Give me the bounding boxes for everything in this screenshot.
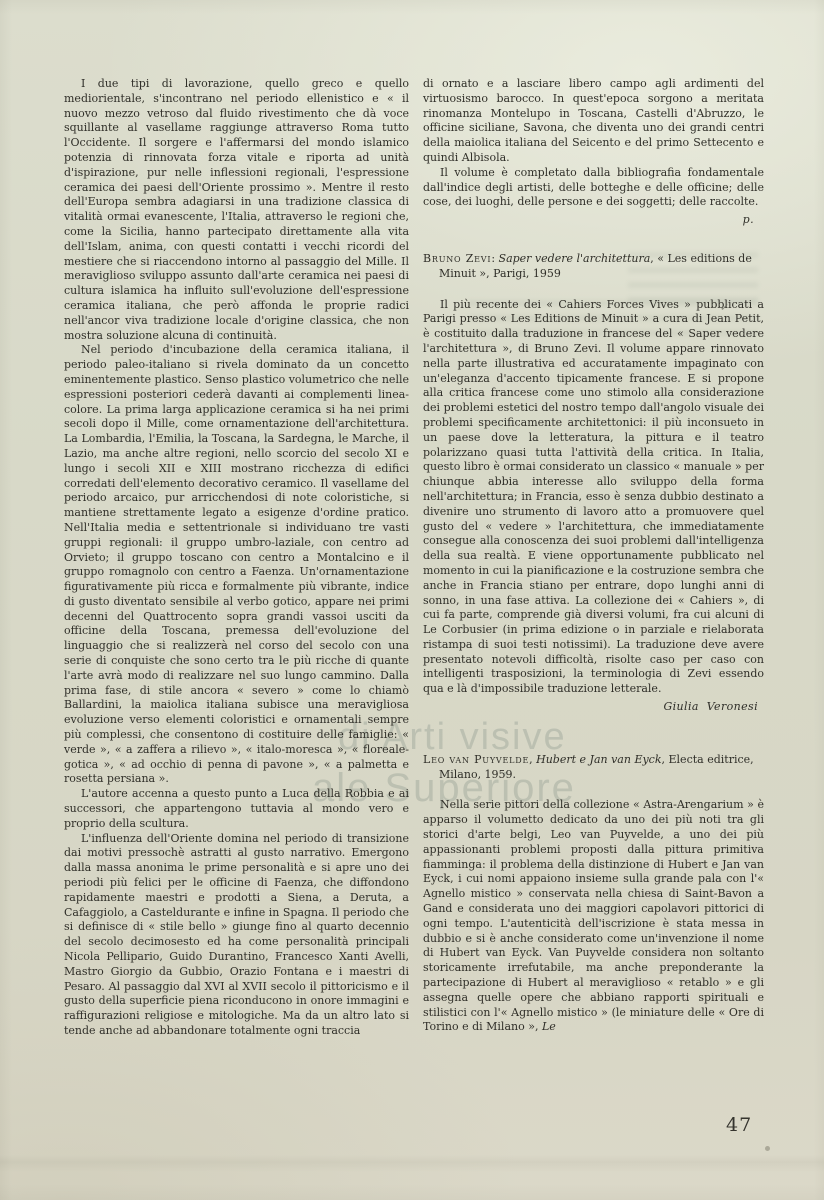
right-column: di ornato e a lasciare libero campo agli… — [423, 77, 764, 1039]
review-heading-puyvelde: Leo van Puyvelde, Hubert e Jan van Eyck,… — [423, 753, 764, 783]
paragraph: L'influenza dell'Oriente domina nel peri… — [64, 832, 409, 1039]
reviewer-name: Giulia Veronesi — [423, 700, 758, 715]
paragraph: I due tipi di lavorazione, quello greco … — [64, 77, 409, 343]
reviewer-initial: p. — [423, 213, 754, 228]
left-column: I due tipi di lavorazione, quello greco … — [64, 77, 409, 1039]
pencil-tick-mark: ✓ — [719, 300, 730, 314]
paragraph-body: Nella serie pittori della collezione « A… — [423, 798, 764, 1033]
page-number: 47 — [726, 1114, 752, 1136]
scan-speck — [765, 1146, 770, 1151]
review-author: Leo van Puyvelde — [423, 753, 529, 766]
paragraph: Il volume è completato dalla bibliografi… — [423, 166, 764, 210]
paragraph-tail-italic: Le — [542, 1020, 556, 1033]
review-book-title: Saper vedere l'architettura — [499, 252, 651, 265]
heading-separator: : — [491, 252, 498, 265]
review-author: Bruno Zevi — [423, 252, 491, 265]
scanned-journal-page: di Arti visive ale Superiore I due tipi … — [0, 0, 824, 1200]
paragraph: Nella serie pittori della collezione « A… — [423, 798, 764, 1035]
paragraph: L'autore accenna a questo punto a Luca d… — [64, 787, 409, 831]
review-book-title: Hubert e Jan van Eyck — [536, 753, 661, 766]
paragraph: Il più recente dei « Cahiers Forces Vive… — [423, 298, 764, 698]
paragraph-continuation: di ornato e a lasciare libero campo agli… — [423, 77, 764, 166]
review-heading-zevi: Bruno Zevi: Saper vedere l'architettura,… — [423, 252, 764, 282]
paragraph: Nel periodo d'incubazione della ceramica… — [64, 343, 409, 787]
two-column-text-block: I due tipi di lavorazione, quello greco … — [64, 77, 768, 1039]
